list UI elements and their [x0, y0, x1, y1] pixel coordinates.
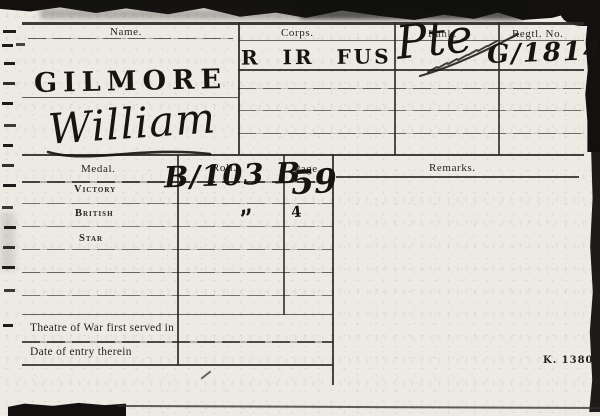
- regno-handwriting: G/1814: [487, 36, 600, 70]
- margin-dash: [2, 102, 13, 105]
- margin-dash: [2, 206, 13, 209]
- medal-row-line: [22, 314, 333, 315]
- medal-index-card-scan: Name. Corps. Rank. Regtl. No. Medal. Rol…: [0, 0, 600, 416]
- theatre-underline: [22, 341, 333, 343]
- medal-row-victory-label: Victory: [74, 184, 116, 195]
- service-ruled-line: [238, 110, 584, 111]
- margin-dash: [3, 324, 13, 327]
- stray-pen-mark: [201, 371, 212, 380]
- left-margin-scuff: [0, 212, 15, 270]
- medal-row-line: [22, 249, 333, 250]
- medal-row-line: [22, 272, 333, 273]
- medal-table-bottom-rule: [22, 364, 333, 366]
- page-handwriting: 59: [290, 161, 338, 202]
- margin-dash: [4, 289, 15, 292]
- medal-row-line: [22, 203, 333, 204]
- scan-bottom-line: [118, 405, 600, 409]
- name-header-label: Name.: [110, 26, 142, 38]
- margin-dash: [4, 62, 15, 65]
- corps-handwriting: R IR FUS: [241, 44, 392, 69]
- margin-dash: [3, 246, 15, 249]
- margin-dash: [2, 44, 13, 47]
- margin-dash: [16, 43, 25, 46]
- corps-header-label: Corps.: [281, 27, 314, 39]
- theatre-of-war-label: Theatre of War first served in: [30, 322, 174, 334]
- service-entry-underline: [238, 69, 584, 71]
- margin-dash: [2, 164, 14, 167]
- scan-right-edge-bottom: [588, 145, 600, 412]
- service-ruled-line: [238, 88, 584, 89]
- medal-row-star-label: Star: [79, 233, 103, 244]
- margin-dash: [2, 266, 15, 269]
- remarks-header-label: Remarks.: [429, 162, 476, 174]
- medal-row-line: [22, 226, 333, 227]
- margin-dash: [3, 184, 16, 187]
- margin-dash: [3, 144, 13, 147]
- margin-dash: [3, 30, 16, 33]
- page-ditto-mark: 4: [290, 203, 302, 222]
- scan-bottom-blob: [8, 402, 126, 416]
- margin-dash: [4, 124, 16, 127]
- medal-row-line: [22, 295, 333, 296]
- date-of-entry-label: Date of entry therein: [30, 346, 132, 358]
- margin-dash: [3, 82, 15, 85]
- service-ruled-line: [238, 133, 584, 134]
- margin-dash: [4, 226, 16, 229]
- roll-ditto-mark: „: [235, 189, 255, 220]
- form-code-label: K. 1380: [543, 355, 594, 366]
- remarks-header-underline: [336, 176, 579, 178]
- name-header-underline: [28, 38, 233, 39]
- medal-row-british-label: British: [75, 208, 114, 219]
- roll-handwriting: B/103 B: [163, 156, 301, 195]
